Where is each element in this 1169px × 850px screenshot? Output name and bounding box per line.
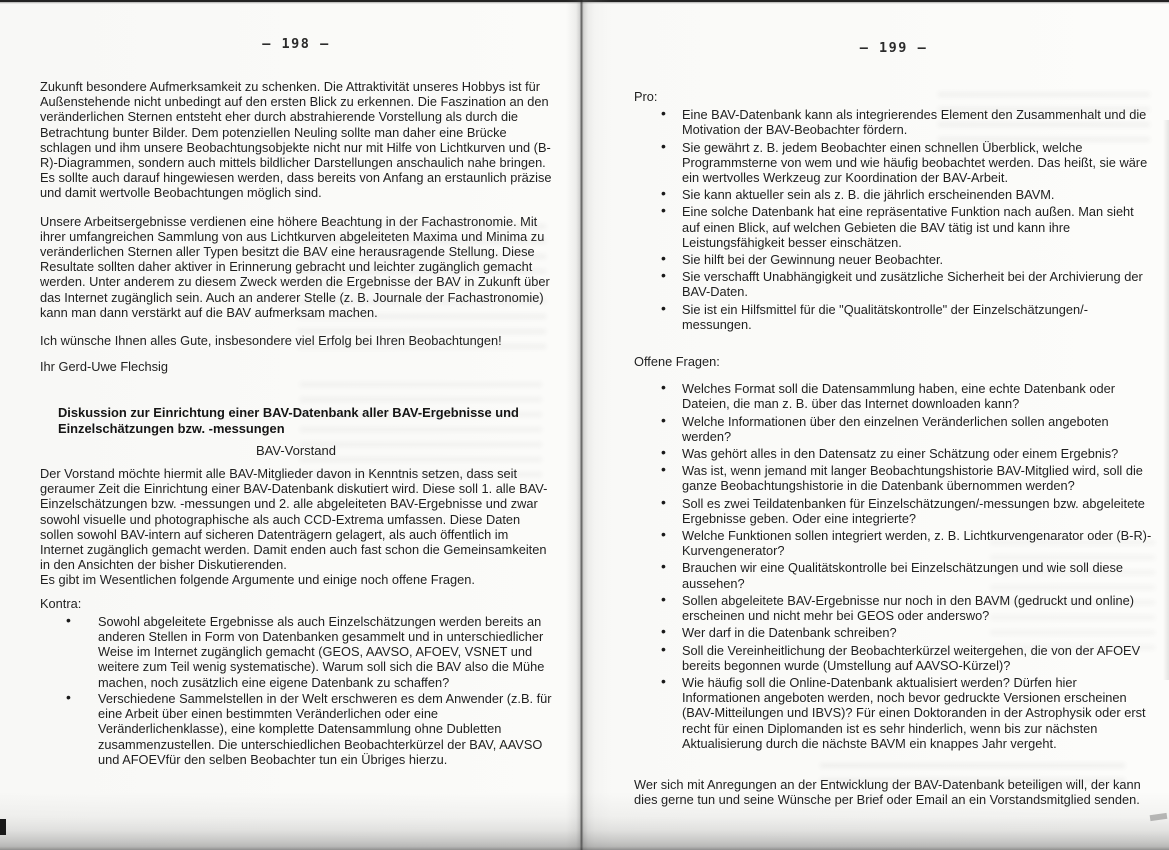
list-item: Sie ist ein Hilfsmittel für die "Qualitä…	[634, 302, 1153, 332]
list-item: Soll die Vereinheitlichung der Beobachte…	[634, 643, 1153, 673]
scan-bottom-edge	[0, 792, 1169, 850]
page-number-right: – 199 –	[634, 40, 1153, 56]
paragraph-intro-note: Es gibt im Wesentlichen folgende Argumen…	[40, 572, 552, 587]
list-item: Sie verschafft Unabhängigkeit und zusätz…	[634, 269, 1153, 299]
paragraph-arbeitsergebnisse: Unsere Arbeitsergebnisse verdienen eine …	[40, 214, 552, 320]
list-item: Wie häufig soll die Online-Datenbank akt…	[634, 675, 1153, 751]
paragraph-zukunft: Zukunft besondere Aufmerksamkeit zu sche…	[40, 79, 552, 201]
list-item: Welche Funktionen sollen integriert werd…	[634, 528, 1153, 558]
scan-right-edge	[1163, 120, 1169, 680]
page-number-left: – 198 –	[40, 36, 552, 52]
article-heading: Diskussion zur Einrichtung einer BAV-Dat…	[58, 405, 536, 437]
kontra-label: Kontra:	[40, 596, 552, 611]
list-item: Was ist, wenn jemand mit langer Beobacht…	[634, 463, 1153, 493]
list-item: Welche Informationen über den einzelnen …	[634, 414, 1153, 444]
pro-label: Pro:	[634, 89, 1153, 104]
list-item: Eine solche Datenbank hat eine repräsent…	[634, 204, 1153, 250]
list-item: Verschiedene Sammelstellen in der Welt e…	[40, 691, 552, 767]
list-item: Sollen abgeleitete BAV-Ergebnisse nur no…	[634, 593, 1153, 623]
scan-corner-mark	[0, 819, 6, 835]
list-item: Sowohl abgeleitete Ergebnisse als auch E…	[40, 614, 552, 690]
open-questions-list: Welches Format soll die Datensammlung ha…	[634, 381, 1153, 751]
list-item: Brauchen wir eine Qualitätskontrolle bei…	[634, 560, 1153, 590]
page-198: – 198 – Zukunft besondere Aufmerksamkeit…	[40, 0, 552, 768]
list-item: Soll es zwei Teildatenbanken für Einzels…	[634, 496, 1153, 526]
list-item: Wer darf in die Datenbank schreiben?	[634, 625, 1153, 640]
paragraph-vorstand-intro: Der Vorstand möchte hiermit alle BAV-Mit…	[40, 466, 552, 572]
open-questions-label: Offene Fragen:	[634, 354, 1153, 369]
wish-line: Ich wünsche Ihnen alles Gute, insbesonde…	[40, 333, 552, 348]
scanned-book-spread: – 198 – Zukunft besondere Aufmerksamkeit…	[0, 0, 1169, 850]
kontra-list: Sowohl abgeleitete Ergebnisse als auch E…	[40, 614, 552, 767]
list-item: Was gehört alles in den Datensatz zu ein…	[634, 446, 1153, 461]
byline: BAV-Vorstand	[40, 443, 552, 458]
pro-list: Eine BAV-Datenbank kann als integrierend…	[634, 107, 1153, 332]
list-item: Welches Format soll die Datensammlung ha…	[634, 381, 1153, 411]
list-item: Sie gewährt z. B. jedem Beobachter einen…	[634, 140, 1153, 186]
page-199: – 199 – Pro: Eine BAV-Datenbank kann als…	[634, 0, 1153, 820]
list-item: Sie hilft bei der Gewinnung neuer Beobac…	[634, 252, 1153, 267]
book-gutter-shadow	[566, 0, 612, 850]
signature-line: Ihr Gerd-Uwe Flechsig	[40, 359, 552, 374]
list-item: Eine BAV-Datenbank kann als integrierend…	[634, 107, 1153, 137]
list-item: Sie kann aktueller sein als z. B. die jä…	[634, 187, 1153, 202]
